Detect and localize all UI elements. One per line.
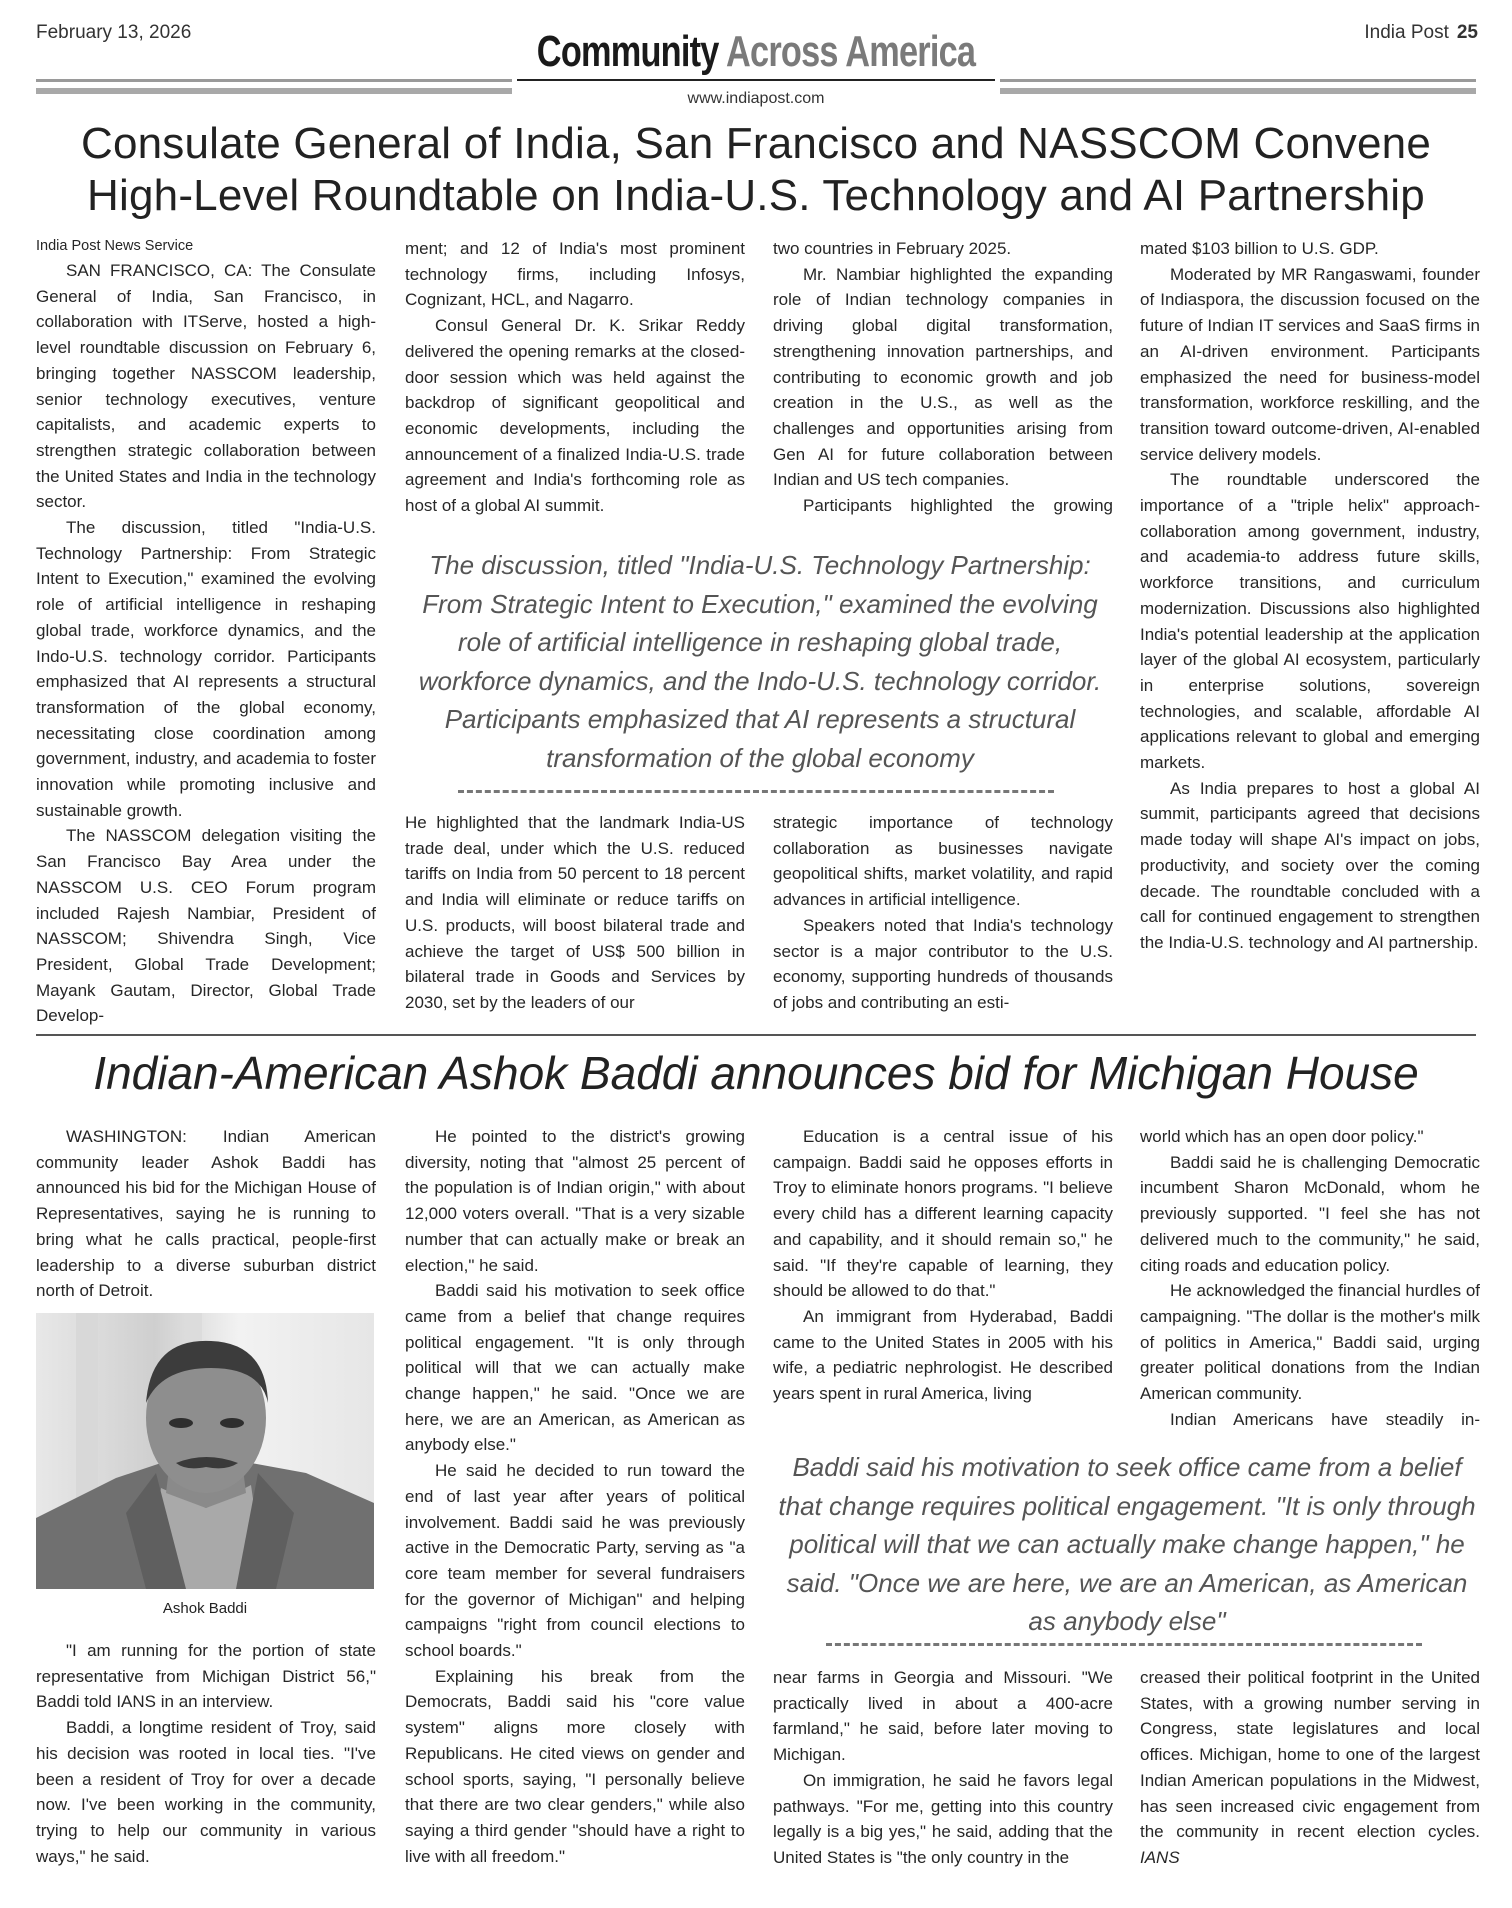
article2-headline: Indian-American Ashok Baddi announces bi… [30, 1043, 1482, 1103]
photo-caption: Ashok Baddi [36, 1600, 374, 1617]
paragraph: ment; and 12 of India's most prominent t… [405, 236, 745, 313]
paragraph: Mr. Nambiar highlighted the expanding ro… [773, 262, 1113, 493]
paragraph: He pointed to the district's growing div… [405, 1124, 745, 1278]
paragraph: mated $103 billion to U.S. GDP. [1140, 236, 1480, 262]
publication-name: India Post [1364, 22, 1449, 43]
paragraph: The discussion, titled "India-U.S. Techn… [36, 515, 376, 823]
paragraph: Explaining his break from the Democrats,… [405, 1664, 745, 1870]
ashok-baddi-photo [36, 1313, 374, 1589]
article1-column-3-bottom: strategic importance of technology colla… [773, 810, 1113, 1016]
header-rule-left [36, 79, 512, 82]
article2-column-2: He pointed to the district's growing div… [405, 1124, 745, 1869]
article1-column-2-top: ment; and 12 of India's most prominent t… [405, 236, 745, 519]
credit: IANS [1140, 1848, 1180, 1867]
article1-headline-line1: Consulate General of India, San Francisc… [30, 118, 1482, 170]
paragraph: Moderated by MR Rangaswami, founder of I… [1140, 262, 1480, 468]
paragraph: An immigrant from Hyderabad, Baddi came … [773, 1304, 1113, 1407]
paragraph: He acknowledged the financial hurdles of… [1140, 1278, 1480, 1407]
article2-column-4-top: world which has an open door policy." Ba… [1140, 1124, 1480, 1432]
paragraph: On immigration, he said he favors legal … [773, 1768, 1113, 1871]
paragraph: As India prepares to host a global AI su… [1140, 776, 1480, 956]
masthead: Community Across America [166, 30, 1345, 74]
paragraph: strategic importance of technology colla… [773, 810, 1113, 913]
paragraph: Speakers noted that India's technology s… [773, 913, 1113, 1016]
paragraph: The roundtable underscored the importanc… [1140, 467, 1480, 775]
article2-column-4-bottom: creased their political footprint in the… [1140, 1665, 1480, 1871]
paragraph: Participants highlighted the growing [773, 493, 1113, 519]
article2-pull-quote: Baddi said his motivation to seek office… [770, 1448, 1484, 1641]
article-divider [36, 1034, 1476, 1036]
masthead-community: Community [537, 27, 719, 76]
page-number: 25 [1457, 22, 1478, 43]
article2-column-3-bottom: near farms in Georgia and Missouri. "We … [773, 1665, 1113, 1871]
paragraph: Baddi said he is challenging Democratic … [1140, 1150, 1480, 1279]
paragraph: Baddi said his motivation to seek office… [405, 1278, 745, 1458]
website-url[interactable]: www.indiapost.com [0, 90, 1512, 108]
paragraph: The NASSCOM delegation visiting the San … [36, 823, 376, 1029]
paragraph: Baddi, a longtime resident of Troy, said… [36, 1715, 376, 1869]
header-rule-right [1000, 79, 1476, 82]
publication-page: India Post25 [1364, 22, 1478, 44]
article1-column-4: mated $103 billion to U.S. GDP. Moderate… [1140, 236, 1480, 956]
byline: India Post News Service [36, 236, 376, 256]
paragraph: WASHINGTON: Indian American community le… [36, 1124, 376, 1304]
paragraph: creased their political footprint in the… [1140, 1665, 1480, 1871]
article1-headline: Consulate General of India, San Francisc… [30, 118, 1482, 222]
article2-column-1-top: WASHINGTON: Indian American community le… [36, 1124, 376, 1304]
paragraph: world which has an open door policy." [1140, 1124, 1480, 1150]
pull-quote-dashed-rule [826, 1643, 1422, 1646]
article1-column-2-bottom: He highlighted that the landmark India-U… [405, 810, 745, 1016]
article2-column-1-bottom: "I am running for the portion of state r… [36, 1638, 376, 1869]
pull-quote-dashed-rule [458, 790, 1054, 793]
article1-headline-line2: High-Level Roundtable on India-U.S. Tech… [30, 170, 1482, 222]
paragraph: near farms in Georgia and Missouri. "We … [773, 1665, 1113, 1768]
header-rule-center [517, 79, 995, 81]
article2-column-3-top: Education is a central issue of his camp… [773, 1124, 1113, 1407]
paragraph: two countries in February 2025. [773, 236, 1113, 262]
paragraph: He said he decided to run toward the end… [405, 1458, 745, 1664]
paragraph: Indian Americans have steadily in- [1140, 1407, 1480, 1433]
article1-column-1: India Post News Service SAN FRANCISCO, C… [36, 236, 376, 1029]
paragraph: He highlighted that the landmark India-U… [405, 810, 745, 1016]
article1-column-3-top: two countries in February 2025. Mr. Namb… [773, 236, 1113, 519]
article1-pull-quote: The discussion, titled "India-U.S. Techn… [400, 546, 1120, 777]
paragraph: Consul General Dr. K. Srikar Reddy deliv… [405, 313, 745, 519]
paragraph: Education is a central issue of his camp… [773, 1124, 1113, 1304]
portrait-image [36, 1313, 374, 1589]
paragraph: SAN FRANCISCO, CA: The Consulate General… [36, 258, 376, 515]
masthead-across-america: Across America [726, 27, 975, 76]
paragraph: "I am running for the portion of state r… [36, 1638, 376, 1715]
paragraph-text: creased their political footprint in the… [1140, 1668, 1480, 1841]
